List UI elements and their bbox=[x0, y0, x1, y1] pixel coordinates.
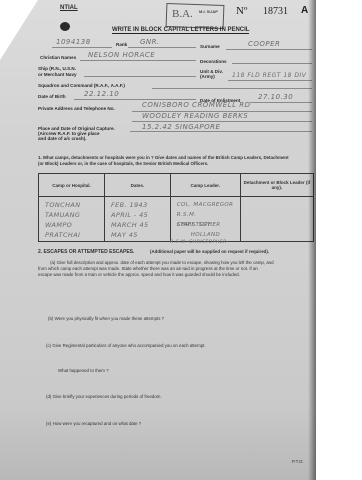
classification-label: NTIAL bbox=[60, 5, 78, 11]
header-dates: Dates. bbox=[105, 174, 171, 197]
punch-hole bbox=[60, 22, 70, 31]
camp-name: PRATCHAI bbox=[45, 230, 104, 240]
camp-date: MARCH 45 bbox=[111, 220, 170, 230]
dates-cell: FEB. 1943 APRIL - 45 MARCH 45 MAY 45 bbox=[105, 197, 171, 242]
rank-value: GNR. bbox=[140, 38, 160, 46]
table-row: TONCHAN TAMUANG WAMPO PRATCHAI FEB. 1943… bbox=[39, 197, 314, 242]
serial-number: 18731 bbox=[263, 6, 288, 17]
section2-c: (c) Give Regimental particulars of anyon… bbox=[46, 343, 206, 348]
header-camp: Camp or Hospital. bbox=[39, 174, 105, 197]
pow-questionnaire-form: NTIAL B.A. M.I. 9/JAP Nº 18731 A WRITE I… bbox=[0, 0, 316, 480]
section2-a-line3: escape was made from a train or vehicle … bbox=[38, 272, 240, 277]
ship-label-line2: or Merchant Navy bbox=[38, 72, 77, 77]
camps-table: Camp or Hospital. Dates. Camp Leader. De… bbox=[38, 173, 314, 242]
dob-value: 22.12.10 bbox=[84, 90, 119, 98]
dob-label: Date of Birth bbox=[38, 94, 66, 99]
serial-suffix: A bbox=[301, 5, 308, 16]
camp-date: APRIL - 45 bbox=[111, 210, 170, 220]
camp-name: TAMUANG bbox=[45, 210, 104, 220]
camp-leader: COL. MACGREGOR bbox=[177, 200, 240, 210]
surname-value: COOPER bbox=[248, 40, 280, 48]
ship-label-line1: Ship (R.N., U.S.N. bbox=[38, 66, 76, 71]
number-label: Nº bbox=[236, 5, 247, 17]
enlistment-value: 27.10.30 bbox=[258, 93, 293, 101]
christian-names-value: NELSON HORACE bbox=[88, 51, 155, 59]
section1-question-line1: 1. What camps, detachments or hospitals … bbox=[38, 155, 289, 160]
decorations-label: Decorations bbox=[200, 59, 227, 64]
camp-name: TONCHAN bbox=[45, 200, 104, 210]
leaders-cell: COL. MACGREGOR R.S.M. CHRISTOPHER STAFF.… bbox=[170, 197, 240, 242]
stamp-ref: M.I. 9/JAP bbox=[199, 9, 218, 14]
surname-label: Surname bbox=[200, 44, 220, 49]
unit-label-line2: (Army) bbox=[200, 74, 215, 79]
camp-leader: STAFF. SGT. bbox=[177, 220, 240, 230]
pto-label: P.T.O. bbox=[292, 459, 304, 464]
camp-date: MAY 45 bbox=[111, 230, 170, 240]
capture-label-line3: and date of a/c crash). bbox=[38, 136, 87, 141]
header-camp-leader: Camp Leader. bbox=[170, 174, 240, 197]
section1-question-line2: (or Block) Leaders or, in the case of ho… bbox=[38, 161, 208, 166]
camp-date: FEB. 1943 bbox=[111, 200, 170, 210]
christian-names-label: Christian Names bbox=[40, 55, 76, 60]
rank-label: Rank bbox=[116, 42, 127, 47]
section2-title: 2. ESCAPES OR ATTEMPTED ESCAPES. bbox=[38, 249, 134, 255]
camp-leader: HOLLAND bbox=[177, 230, 240, 240]
camp-name: WAMPO bbox=[45, 220, 104, 230]
squadron-label: Squadron and Command (R.A.F., A.A.F.) bbox=[38, 83, 125, 88]
stamp-letters: B.A. bbox=[172, 8, 193, 20]
section2-b: (b) Were you physically fit when you mad… bbox=[48, 316, 164, 321]
section2-note: (Additional paper will be supplied on re… bbox=[150, 249, 269, 254]
camps-cell: TONCHAN TAMUANG WAMPO PRATCHAI bbox=[39, 197, 105, 242]
section2-d: (d) Give briefly your experiences during… bbox=[46, 394, 162, 399]
unit-value: 118 FLD REGT 18 DIV bbox=[232, 72, 306, 79]
leader-overflow-note: R.S.M. CHRISTOPHER bbox=[170, 240, 227, 245]
bleed-through-text bbox=[140, 432, 141, 437]
folded-corner bbox=[0, 0, 38, 60]
detachment-cell bbox=[240, 197, 313, 242]
section2-a-line2: from which camp each attempt was made. S… bbox=[38, 266, 258, 271]
army-number-value: 1094138 bbox=[56, 38, 91, 46]
section2-e: (e) How were you recaptured and on what … bbox=[46, 421, 141, 426]
section2-c-followup: What happened to them ? bbox=[58, 368, 109, 373]
instruction-heading: WRITE IN BLOCK CAPITAL LETTERS IN PENCIL bbox=[112, 27, 249, 34]
header-detachment-leader: Detachment or Block Leader (if any). bbox=[240, 174, 313, 197]
capture-value: 15.2.42 SINGAPORE bbox=[142, 123, 220, 131]
camp-leader: R.S.M. CHRISTOPHER bbox=[177, 210, 240, 220]
section2-a-line1: (a) Give full description and approx. da… bbox=[50, 260, 274, 265]
address-line1: CONISBORO CROMWELL RD bbox=[142, 101, 250, 109]
address-line2: WOODLEY READING BERKS bbox=[142, 112, 248, 120]
address-label: Private Address and Telephone No. bbox=[38, 106, 115, 111]
